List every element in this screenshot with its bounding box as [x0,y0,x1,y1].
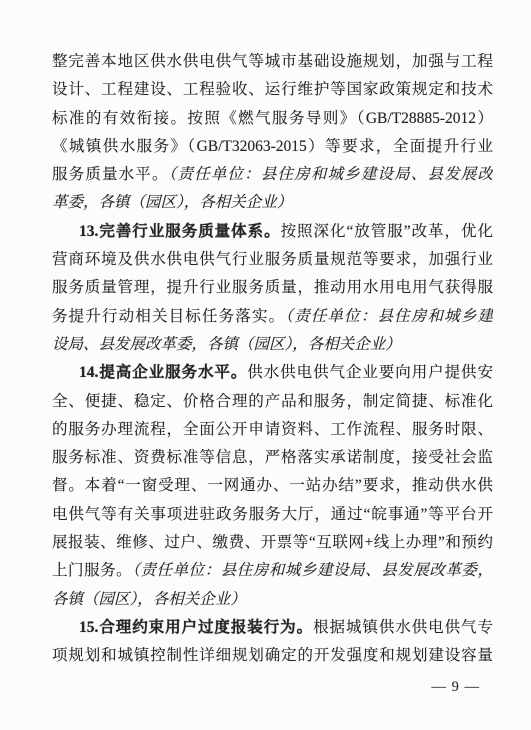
text-run: 督。本着“一窗受理、一网通办、一站办结”要求，推动供水供 [52,477,493,494]
text-line: 整完善本地区供水供电供气等城市基础设施规划，加强与工程 [52,48,493,76]
text-run: 展报装、维修、过户、缴费、开票等“互联网+线上办理”和预约 [52,534,493,551]
text-run: 服务质量水平。 [52,166,169,183]
text-line: 14.提高企业服务水平。供水供电供气企业要向用户提供安 [52,359,493,387]
text-line: 上门服务。（责任单位：县住房和城乡建设局、县发展改革委， [52,557,493,585]
page-number: — 9 — [432,678,481,696]
heading-run: 15.合理约束用户过度报装行为。 [79,619,313,636]
text-run: （责任单位：县住房和城乡建设局、县发展改革委， [132,562,493,579]
text-run: 根据城镇供水供电供气专 [313,619,493,636]
text-run: 服务质量管理，提升行业服务质量，推动用水用电用气获得服 [52,279,493,296]
text-run: 的服务办理流程，全面公开申请资料、工作流程、服务时限、 [52,421,493,438]
text-run: 标准的有效衔接。按照《燃气服务导则》（GB/T28885-2012） [52,110,493,127]
text-run: 服务标准、资费标准等信息，严格落实承诺制度，接受社会监 [52,449,493,466]
text-line: 督。本着“一窗受理、一网通办、一站办结”要求，推动供水供 [52,472,493,500]
heading-run: 14.提高企业服务水平。 [79,364,247,381]
text-line: 设计、工程建设、工程验收、运行维护等国家政策规定和技术 [52,76,493,104]
text-line: 各镇（园区），各相关企业） [52,586,493,614]
text-line: 务提升行动相关目标任务落实。（责任单位：县住房和城乡建 [52,303,493,331]
text-line: 电供气等有关事项进驻政务服务大厅，通过“皖事通”等平台开 [52,501,493,529]
text-line: 服务标准、资费标准等信息，严格落实承诺制度，接受社会监 [52,444,493,472]
text-run: 设计、工程建设、工程验收、运行维护等国家政策规定和技术 [52,81,493,98]
text-line: 服务质量水平。（责任单位：县住房和城乡建设局、县发展改 [52,161,493,189]
text-line: 13.完善行业服务质量体系。按照深化“放管服”改革，优化 [52,218,493,246]
text-line: 《城镇供水服务》（GB/T32063-2015）等要求，全面提升行业 [52,133,493,161]
text-run: 《城镇供水服务》（GB/T32063-2015）等要求，全面提升行业 [52,138,493,155]
text-line: 的服务办理流程，全面公开申请资料、工作流程、服务时限、 [52,416,493,444]
text-run: 项规划和城镇控制性详细规划确定的开发强度和规划建设容量 [52,647,493,664]
text-line: 全、便捷、稳定、价格合理的产品和服务，制定简捷、标准化 [52,388,493,416]
text-run: 营商环境及供水供电供气行业服务质量规范等要求，加强行业 [52,251,493,268]
text-line: 设局、县发展改革委，各镇（园区），各相关企业） [52,331,493,359]
text-line: 项规划和城镇控制性详细规划确定的开发强度和规划建设容量 [52,642,493,670]
text-run: （责任单位：县住房和城乡建 [285,308,493,325]
text-run: 上门服务。 [52,562,132,579]
text-run: 电供气等有关事项进驻政务服务大厅，通过“皖事通”等平台开 [52,506,493,523]
document-body: 整完善本地区供水供电供气等城市基础设施规划，加强与工程设计、工程建设、工程验收、… [52,48,493,671]
text-line: 服务质量管理，提升行业服务质量，推动用水用电用气获得服 [52,274,493,302]
text-line: 展报装、维修、过户、缴费、开票等“互联网+线上办理”和预约 [52,529,493,557]
text-run: 革委，各镇（园区），各相关企业） [52,194,292,211]
heading-run: 13.完善行业服务质量体系。 [79,223,281,240]
text-line: 营商环境及供水供电供气行业服务质量规范等要求，加强行业 [52,246,493,274]
text-line: 标准的有效衔接。按照《燃气服务导则》（GB/T28885-2012） [52,105,493,133]
text-run: （责任单位：县住房和城乡建设局、县发展改 [169,166,493,183]
text-line: 15.合理约束用户过度报装行为。根据城镇供水供电供气专 [52,614,493,642]
text-run: 设局、县发展改革委，各镇（园区），各相关企业） [52,336,401,353]
text-run: 供水供电供气企业要向用户提供安 [247,364,493,381]
text-run: 整完善本地区供水供电供气等城市基础设施规划，加强与工程 [52,53,493,70]
text-run: 各镇（园区），各相关企业） [52,591,246,608]
text-line: 革委，各镇（园区），各相关企业） [52,189,493,217]
text-run: 务提升行动相关目标任务落实。 [52,308,285,325]
document-page: 整完善本地区供水供电供气等城市基础设施规划，加强与工程设计、工程建设、工程验收、… [0,0,531,730]
text-run: 按照深化“放管服”改革，优化 [281,223,493,240]
text-run: 全、便捷、稳定、价格合理的产品和服务，制定简捷、标准化 [52,393,493,410]
